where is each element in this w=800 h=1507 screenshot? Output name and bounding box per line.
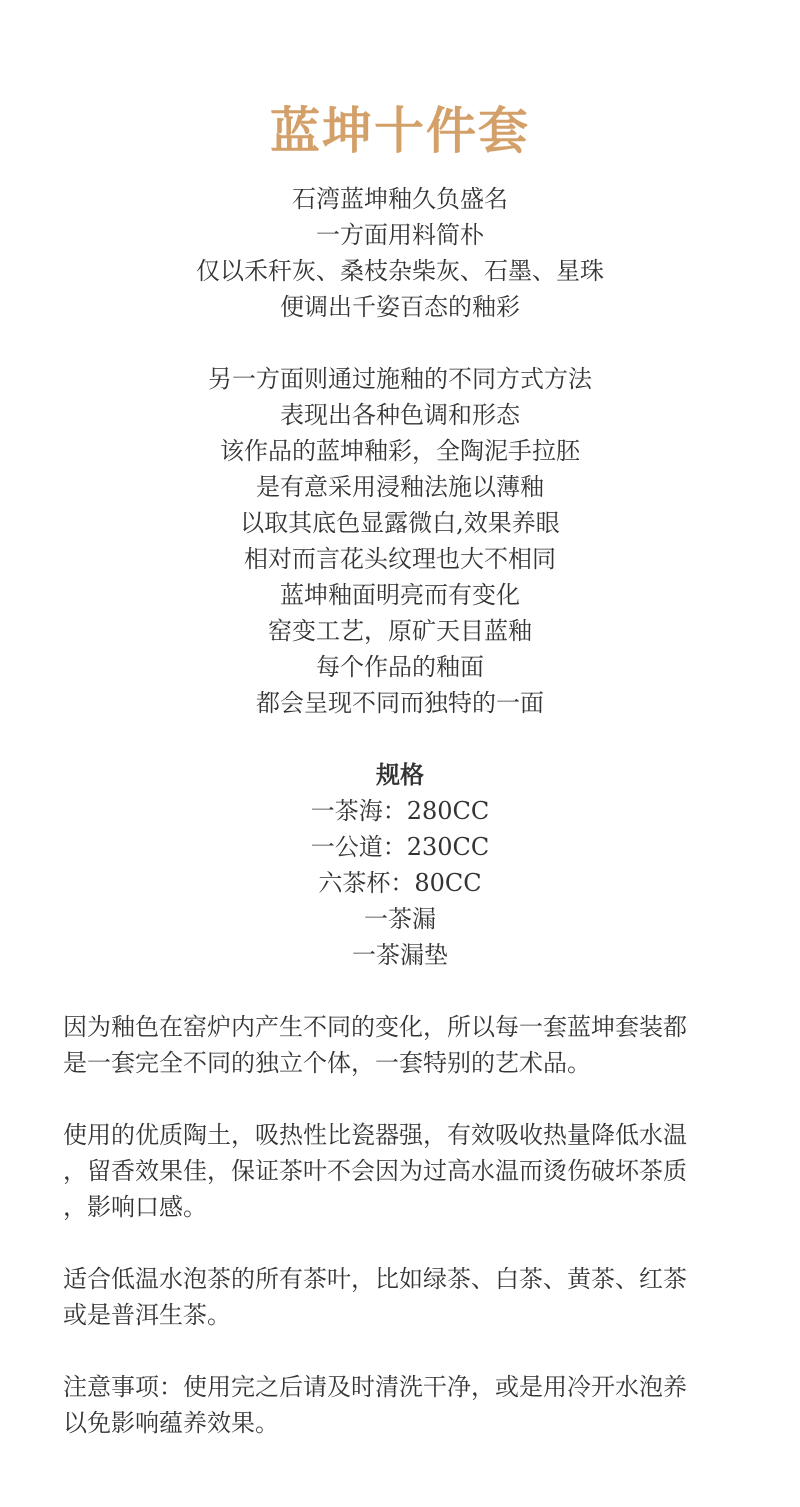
- intro-line: 仅以禾秆灰、桑枝杂柴灰、石墨、星珠: [0, 253, 800, 289]
- paragraph-line: ，留香效果佳，保证茶叶不会因为过高水温而烫伤破坏茶质: [63, 1153, 743, 1189]
- paragraph-uniqueness: 因为釉色在窑炉内产生不同的变化，所以每一套蓝坤套装都 是一套完全不同的独立个体，…: [63, 1009, 743, 1081]
- paragraph-clay-benefits: 使用的优质陶土，吸热性比瓷器强，有效吸收热量降低水温 ，留香效果佳，保证茶叶不会…: [63, 1117, 743, 1225]
- paragraph-care-notes: 注意事项：使用完之后请及时清洗干净，或是用冷开水泡养 以免影响蕴养效果。: [63, 1369, 743, 1441]
- description-line: 表现出各种色调和形态: [0, 397, 800, 433]
- description-line: 以取其底色显露微白,效果养眼: [0, 505, 800, 541]
- spec-item: 一茶海：280CC: [0, 793, 800, 829]
- intro-section: 石湾蓝坤釉久负盛名 一方面用料简朴 仅以禾秆灰、桑枝杂柴灰、石墨、星珠 便调出千…: [0, 181, 800, 325]
- spec-item: 一茶漏: [0, 901, 800, 937]
- paragraph-line: 注意事项：使用完之后请及时清洗干净，或是用冷开水泡养: [63, 1369, 743, 1405]
- description-line: 另一方面则通过施釉的不同方式方法: [0, 361, 800, 397]
- paragraph-suitable-teas: 适合低温水泡茶的所有茶叶，比如绿茶、白茶、黄茶、红茶 或是普洱生茶。: [63, 1261, 743, 1333]
- paragraph-line: ，影响口感。: [63, 1189, 743, 1225]
- paragraph-line: 或是普洱生茶。: [63, 1297, 743, 1333]
- paragraph-line: 以免影响蕴养效果。: [63, 1405, 743, 1441]
- intro-line: 石湾蓝坤釉久负盛名: [0, 181, 800, 217]
- specs-section: 规格 一茶海：280CC 一公道：230CC 六茶杯：80CC 一茶漏 一茶漏垫: [0, 757, 800, 973]
- description-line: 窑变工艺，原矿天目蓝釉: [0, 613, 800, 649]
- description-section: 另一方面则通过施釉的不同方式方法 表现出各种色调和形态 该作品的蓝坤釉彩，全陶泥…: [0, 361, 800, 721]
- intro-line: 便调出千姿百态的釉彩: [0, 289, 800, 325]
- paragraph-line: 是一套完全不同的独立个体，一套特别的艺术品。: [63, 1045, 743, 1081]
- description-line: 蓝坤釉面明亮而有变化: [0, 577, 800, 613]
- description-line: 相对而言花头纹理也大不相同: [0, 541, 800, 577]
- page-title: 蓝坤十件套: [0, 96, 800, 166]
- paragraph-line: 使用的优质陶土，吸热性比瓷器强，有效吸收热量降低水温: [63, 1117, 743, 1153]
- spec-item: 六茶杯：80CC: [0, 865, 800, 901]
- description-line: 都会呈现不同而独特的一面: [0, 685, 800, 721]
- spec-item: 一茶漏垫: [0, 937, 800, 973]
- description-line: 是有意采用浸釉法施以薄釉: [0, 469, 800, 505]
- description-line: 该作品的蓝坤釉彩，全陶泥手拉胚: [0, 433, 800, 469]
- spec-item: 一公道：230CC: [0, 829, 800, 865]
- description-line: 每个作品的釉面: [0, 649, 800, 685]
- intro-line: 一方面用料简朴: [0, 217, 800, 253]
- paragraph-line: 因为釉色在窑炉内产生不同的变化，所以每一套蓝坤套装都: [63, 1009, 743, 1045]
- specs-heading: 规格: [0, 757, 800, 793]
- paragraph-line: 适合低温水泡茶的所有茶叶，比如绿茶、白茶、黄茶、红茶: [63, 1261, 743, 1297]
